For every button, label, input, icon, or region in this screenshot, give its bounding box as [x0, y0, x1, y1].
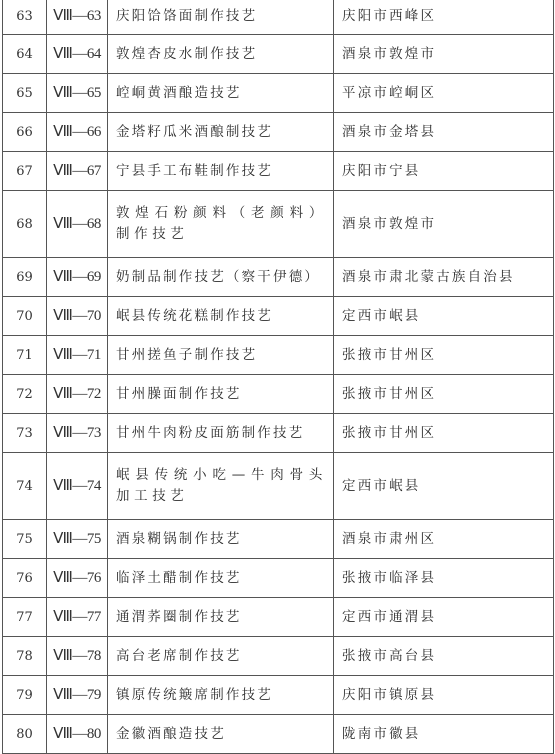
heritage-list-table: 63 Ⅷ—63 庆阳饸饹面制作技艺 庆阳市西峰区 64 Ⅷ—64 敦煌杏皮水制作…	[2, 0, 554, 754]
code-cell: Ⅷ—66	[47, 113, 108, 152]
table-row: 78 Ⅷ—78 高台老席制作技艺 张掖市高台县	[3, 637, 554, 676]
region-cell: 庆阳市西峰区	[334, 0, 554, 35]
seq-cell: 63	[3, 0, 47, 35]
seq-cell: 71	[3, 336, 47, 375]
table-row: 74 Ⅷ—74 岷县传统小吃—牛肉骨头加工技艺 定西市岷县	[3, 453, 554, 520]
seq-cell: 66	[3, 113, 47, 152]
region-cell: 庆阳市宁县	[334, 152, 554, 191]
project-name-cell: 金塔籽瓜米酒酿制技艺	[108, 113, 334, 152]
seq-cell: 70	[3, 297, 47, 336]
region-cell: 定西市通渭县	[334, 598, 554, 637]
code-cell: Ⅷ—77	[47, 598, 108, 637]
project-name-cell: 岷县传统花糕制作技艺	[108, 297, 334, 336]
table-row: 67 Ⅷ—67 宁县手工布鞋制作技艺 庆阳市宁县	[3, 152, 554, 191]
project-name-cell: 庆阳饸饹面制作技艺	[108, 0, 334, 35]
region-cell: 酒泉市肃州区	[334, 520, 554, 559]
table-row: 72 Ⅷ—72 甘州臊面制作技艺 张掖市甘州区	[3, 375, 554, 414]
code-cell: Ⅷ—65	[47, 74, 108, 113]
project-name-cell: 岷县传统小吃—牛肉骨头加工技艺	[108, 453, 334, 520]
region-cell: 定西市岷县	[334, 453, 554, 520]
seq-cell: 76	[3, 559, 47, 598]
table-row: 76 Ⅷ—76 临泽土醋制作技艺 张掖市临泽县	[3, 559, 554, 598]
region-cell: 陇南市徽县	[334, 715, 554, 754]
code-cell: Ⅷ—76	[47, 559, 108, 598]
region-cell: 庆阳市镇原县	[334, 676, 554, 715]
code-cell: Ⅷ—78	[47, 637, 108, 676]
project-name-cell: 甘州牛肉粉皮面筋制作技艺	[108, 414, 334, 453]
table-row: 64 Ⅷ—64 敦煌杏皮水制作技艺 酒泉市敦煌市	[3, 35, 554, 74]
seq-cell: 72	[3, 375, 47, 414]
seq-cell: 73	[3, 414, 47, 453]
seq-cell: 69	[3, 258, 47, 297]
region-cell: 张掖市高台县	[334, 637, 554, 676]
region-cell: 酒泉市肃北蒙古族自治县	[334, 258, 554, 297]
code-cell: Ⅷ—79	[47, 676, 108, 715]
seq-cell: 74	[3, 453, 47, 520]
table-row: 80 Ⅷ—80 金徽酒酿造技艺 陇南市徽县	[3, 715, 554, 754]
code-cell: Ⅷ—75	[47, 520, 108, 559]
region-cell: 酒泉市敦煌市	[334, 35, 554, 74]
code-cell: Ⅷ—80	[47, 715, 108, 754]
code-cell: Ⅷ—69	[47, 258, 108, 297]
seq-cell: 68	[3, 191, 47, 258]
region-cell: 酒泉市敦煌市	[334, 191, 554, 258]
code-cell: Ⅷ—68	[47, 191, 108, 258]
region-cell: 定西市岷县	[334, 297, 554, 336]
code-cell: Ⅷ—70	[47, 297, 108, 336]
region-cell: 酒泉市金塔县	[334, 113, 554, 152]
project-name-cell: 酒泉糊锅制作技艺	[108, 520, 334, 559]
table-row: 66 Ⅷ—66 金塔籽瓜米酒酿制技艺 酒泉市金塔县	[3, 113, 554, 152]
project-name-cell: 敦煌杏皮水制作技艺	[108, 35, 334, 74]
seq-cell: 67	[3, 152, 47, 191]
table-row: 63 Ⅷ—63 庆阳饸饹面制作技艺 庆阳市西峰区	[3, 0, 554, 35]
table-row: 73 Ⅷ—73 甘州牛肉粉皮面筋制作技艺 张掖市甘州区	[3, 414, 554, 453]
table-row: 77 Ⅷ—77 通渭荞圈制作技艺 定西市通渭县	[3, 598, 554, 637]
table-row: 71 Ⅷ—71 甘州搓鱼子制作技艺 张掖市甘州区	[3, 336, 554, 375]
code-cell: Ⅷ—67	[47, 152, 108, 191]
code-cell: Ⅷ—72	[47, 375, 108, 414]
table-row: 68 Ⅷ—68 敦煌石粉颜料（老颜料）制作技艺 酒泉市敦煌市	[3, 191, 554, 258]
project-name-cell: 崆峒黄酒酿造技艺	[108, 74, 334, 113]
project-name-cell: 通渭荞圈制作技艺	[108, 598, 334, 637]
code-cell: Ⅷ—74	[47, 453, 108, 520]
code-cell: Ⅷ—63	[47, 0, 108, 35]
table-row: 79 Ⅷ—79 镇原传统簸席制作技艺 庆阳市镇原县	[3, 676, 554, 715]
project-name-cell: 金徽酒酿造技艺	[108, 715, 334, 754]
table-row: 65 Ⅷ—65 崆峒黄酒酿造技艺 平凉市崆峒区	[3, 74, 554, 113]
project-name-cell: 甘州搓鱼子制作技艺	[108, 336, 334, 375]
table-row: 75 Ⅷ—75 酒泉糊锅制作技艺 酒泉市肃州区	[3, 520, 554, 559]
project-name-cell: 镇原传统簸席制作技艺	[108, 676, 334, 715]
project-name-cell: 奶制品制作技艺（察干伊德）	[108, 258, 334, 297]
region-cell: 张掖市甘州区	[334, 375, 554, 414]
seq-cell: 79	[3, 676, 47, 715]
seq-cell: 75	[3, 520, 47, 559]
seq-cell: 77	[3, 598, 47, 637]
region-cell: 平凉市崆峒区	[334, 74, 554, 113]
seq-cell: 78	[3, 637, 47, 676]
table-row: 70 Ⅷ—70 岷县传统花糕制作技艺 定西市岷县	[3, 297, 554, 336]
project-name-cell: 宁县手工布鞋制作技艺	[108, 152, 334, 191]
project-name-cell: 临泽土醋制作技艺	[108, 559, 334, 598]
region-cell: 张掖市临泽县	[334, 559, 554, 598]
project-name-cell: 敦煌石粉颜料（老颜料）制作技艺	[108, 191, 334, 258]
region-cell: 张掖市甘州区	[334, 336, 554, 375]
project-name-cell: 甘州臊面制作技艺	[108, 375, 334, 414]
seq-cell: 64	[3, 35, 47, 74]
region-cell: 张掖市甘州区	[334, 414, 554, 453]
table-row: 69 Ⅷ—69 奶制品制作技艺（察干伊德） 酒泉市肃北蒙古族自治县	[3, 258, 554, 297]
code-cell: Ⅷ—71	[47, 336, 108, 375]
project-name-cell: 高台老席制作技艺	[108, 637, 334, 676]
code-cell: Ⅷ—64	[47, 35, 108, 74]
seq-cell: 80	[3, 715, 47, 754]
code-cell: Ⅷ—73	[47, 414, 108, 453]
seq-cell: 65	[3, 74, 47, 113]
